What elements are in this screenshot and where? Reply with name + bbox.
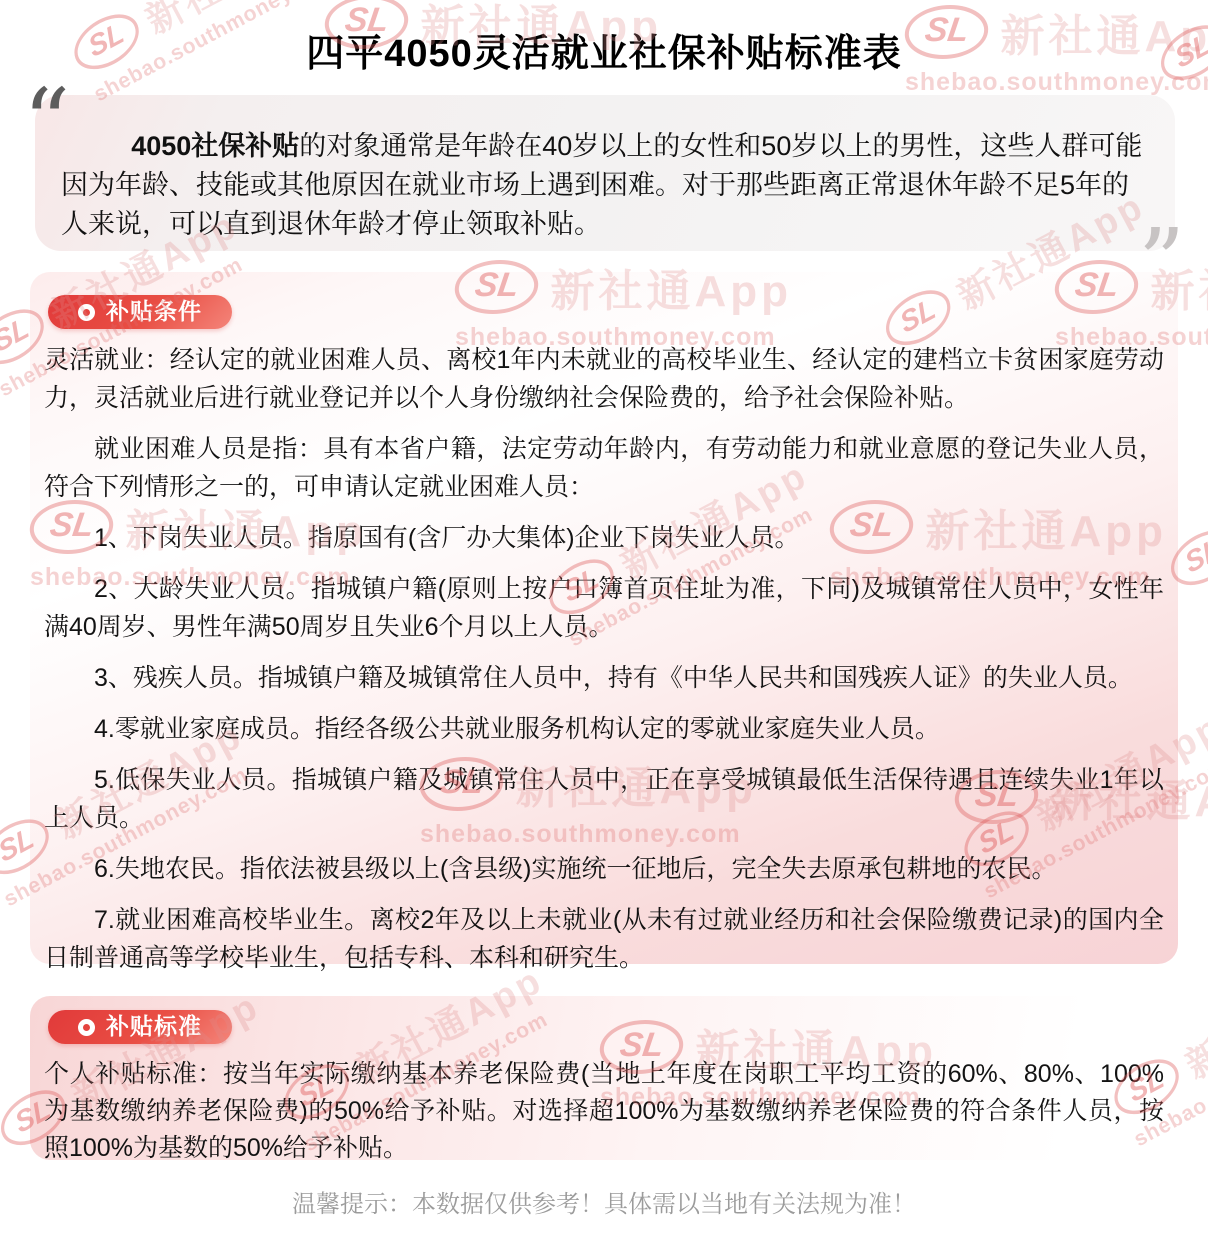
paragraph: 个人补贴标准：按当年实际缴纳基本养老保险费(当地上年度在岗职工平均工资的60%、…	[44, 1056, 1164, 1167]
standard-section-pill: 补贴标准	[48, 1010, 232, 1044]
paragraph: 就业困难人员是指：具有本省户籍，法定劳动年龄内，有劳动能力和就业意愿的登记失业人…	[44, 430, 1164, 506]
paragraph: 灵活就业：经认定的就业困难人员、离校1年内未就业的高校毕业生、经认定的建档立卡贫…	[44, 341, 1164, 417]
footer-note: 温馨提示：本数据仅供参考！具体需以当地有关法规为准！	[0, 1184, 1208, 1219]
list-item: 1、下岗失业人员。指原国有(含厂办大集体)企业下岗失业人员。	[44, 519, 1164, 557]
open-quote-icon: “	[23, 77, 70, 169]
list-item: 6.失地农民。指依法被县级以上(含县级)实施统一征地后，完全失去原承包耕地的农民…	[44, 850, 1164, 888]
standard-section-body: 个人补贴标准：按当年实际缴纳基本养老保险费(当地上年度在岗职工平均工资的60%、…	[44, 1056, 1164, 1167]
intro-lead-bold: 4050社保补贴	[131, 131, 299, 161]
condition-section-pill: 补贴条件	[48, 295, 232, 329]
ring-icon	[78, 1019, 95, 1036]
list-item: 7.就业困难高校毕业生。离校2年及以上未就业(从未有过就业经历和社会保险缴费记录…	[44, 901, 1164, 977]
condition-section-heading: 补贴条件	[106, 300, 202, 325]
list-item: 4.零就业家庭成员。指经各级公共就业服务机构认定的零就业家庭失业人员。	[44, 710, 1164, 748]
ring-icon	[78, 304, 95, 321]
standard-section: 补贴标准 个人补贴标准：按当年实际缴纳基本养老保险费(当地上年度在岗职工平均工资…	[30, 996, 1178, 1160]
condition-section-body: 灵活就业：经认定的就业困难人员、离校1年内未就业的高校毕业生、经认定的建档立卡贫…	[44, 341, 1164, 977]
page-title: 四平4050灵活就业社保补贴标准表	[0, 22, 1208, 77]
list-item: 5.低保失业人员。指城镇户籍及城镇常住人员中，正在享受城镇最低生活保待遇且连续失…	[44, 761, 1164, 837]
condition-section: 补贴条件 灵活就业：经认定的就业困难人员、离校1年内未就业的高校毕业生、经认定的…	[30, 272, 1178, 964]
list-item: 2、大龄失业人员。指城镇户籍(原则上按户口簿首页住址为准，下同)及城镇常住人员中…	[44, 570, 1164, 646]
standard-section-heading: 补贴标准	[106, 1015, 202, 1040]
list-item: 3、残疾人员。指城镇户籍及城镇常住人员中，持有《中华人民共和国残疾人证》的失业人…	[44, 659, 1164, 697]
intro-quote-box: “ 4050社保补贴的对象通常是年龄在40岁以上的女性和50岁以上的男性，这些人…	[35, 95, 1175, 251]
intro-text: 4050社保补贴的对象通常是年龄在40岁以上的女性和50岁以上的男性，这些人群可…	[35, 95, 1175, 244]
app-name-text: 新社通App	[1174, 945, 1208, 1089]
